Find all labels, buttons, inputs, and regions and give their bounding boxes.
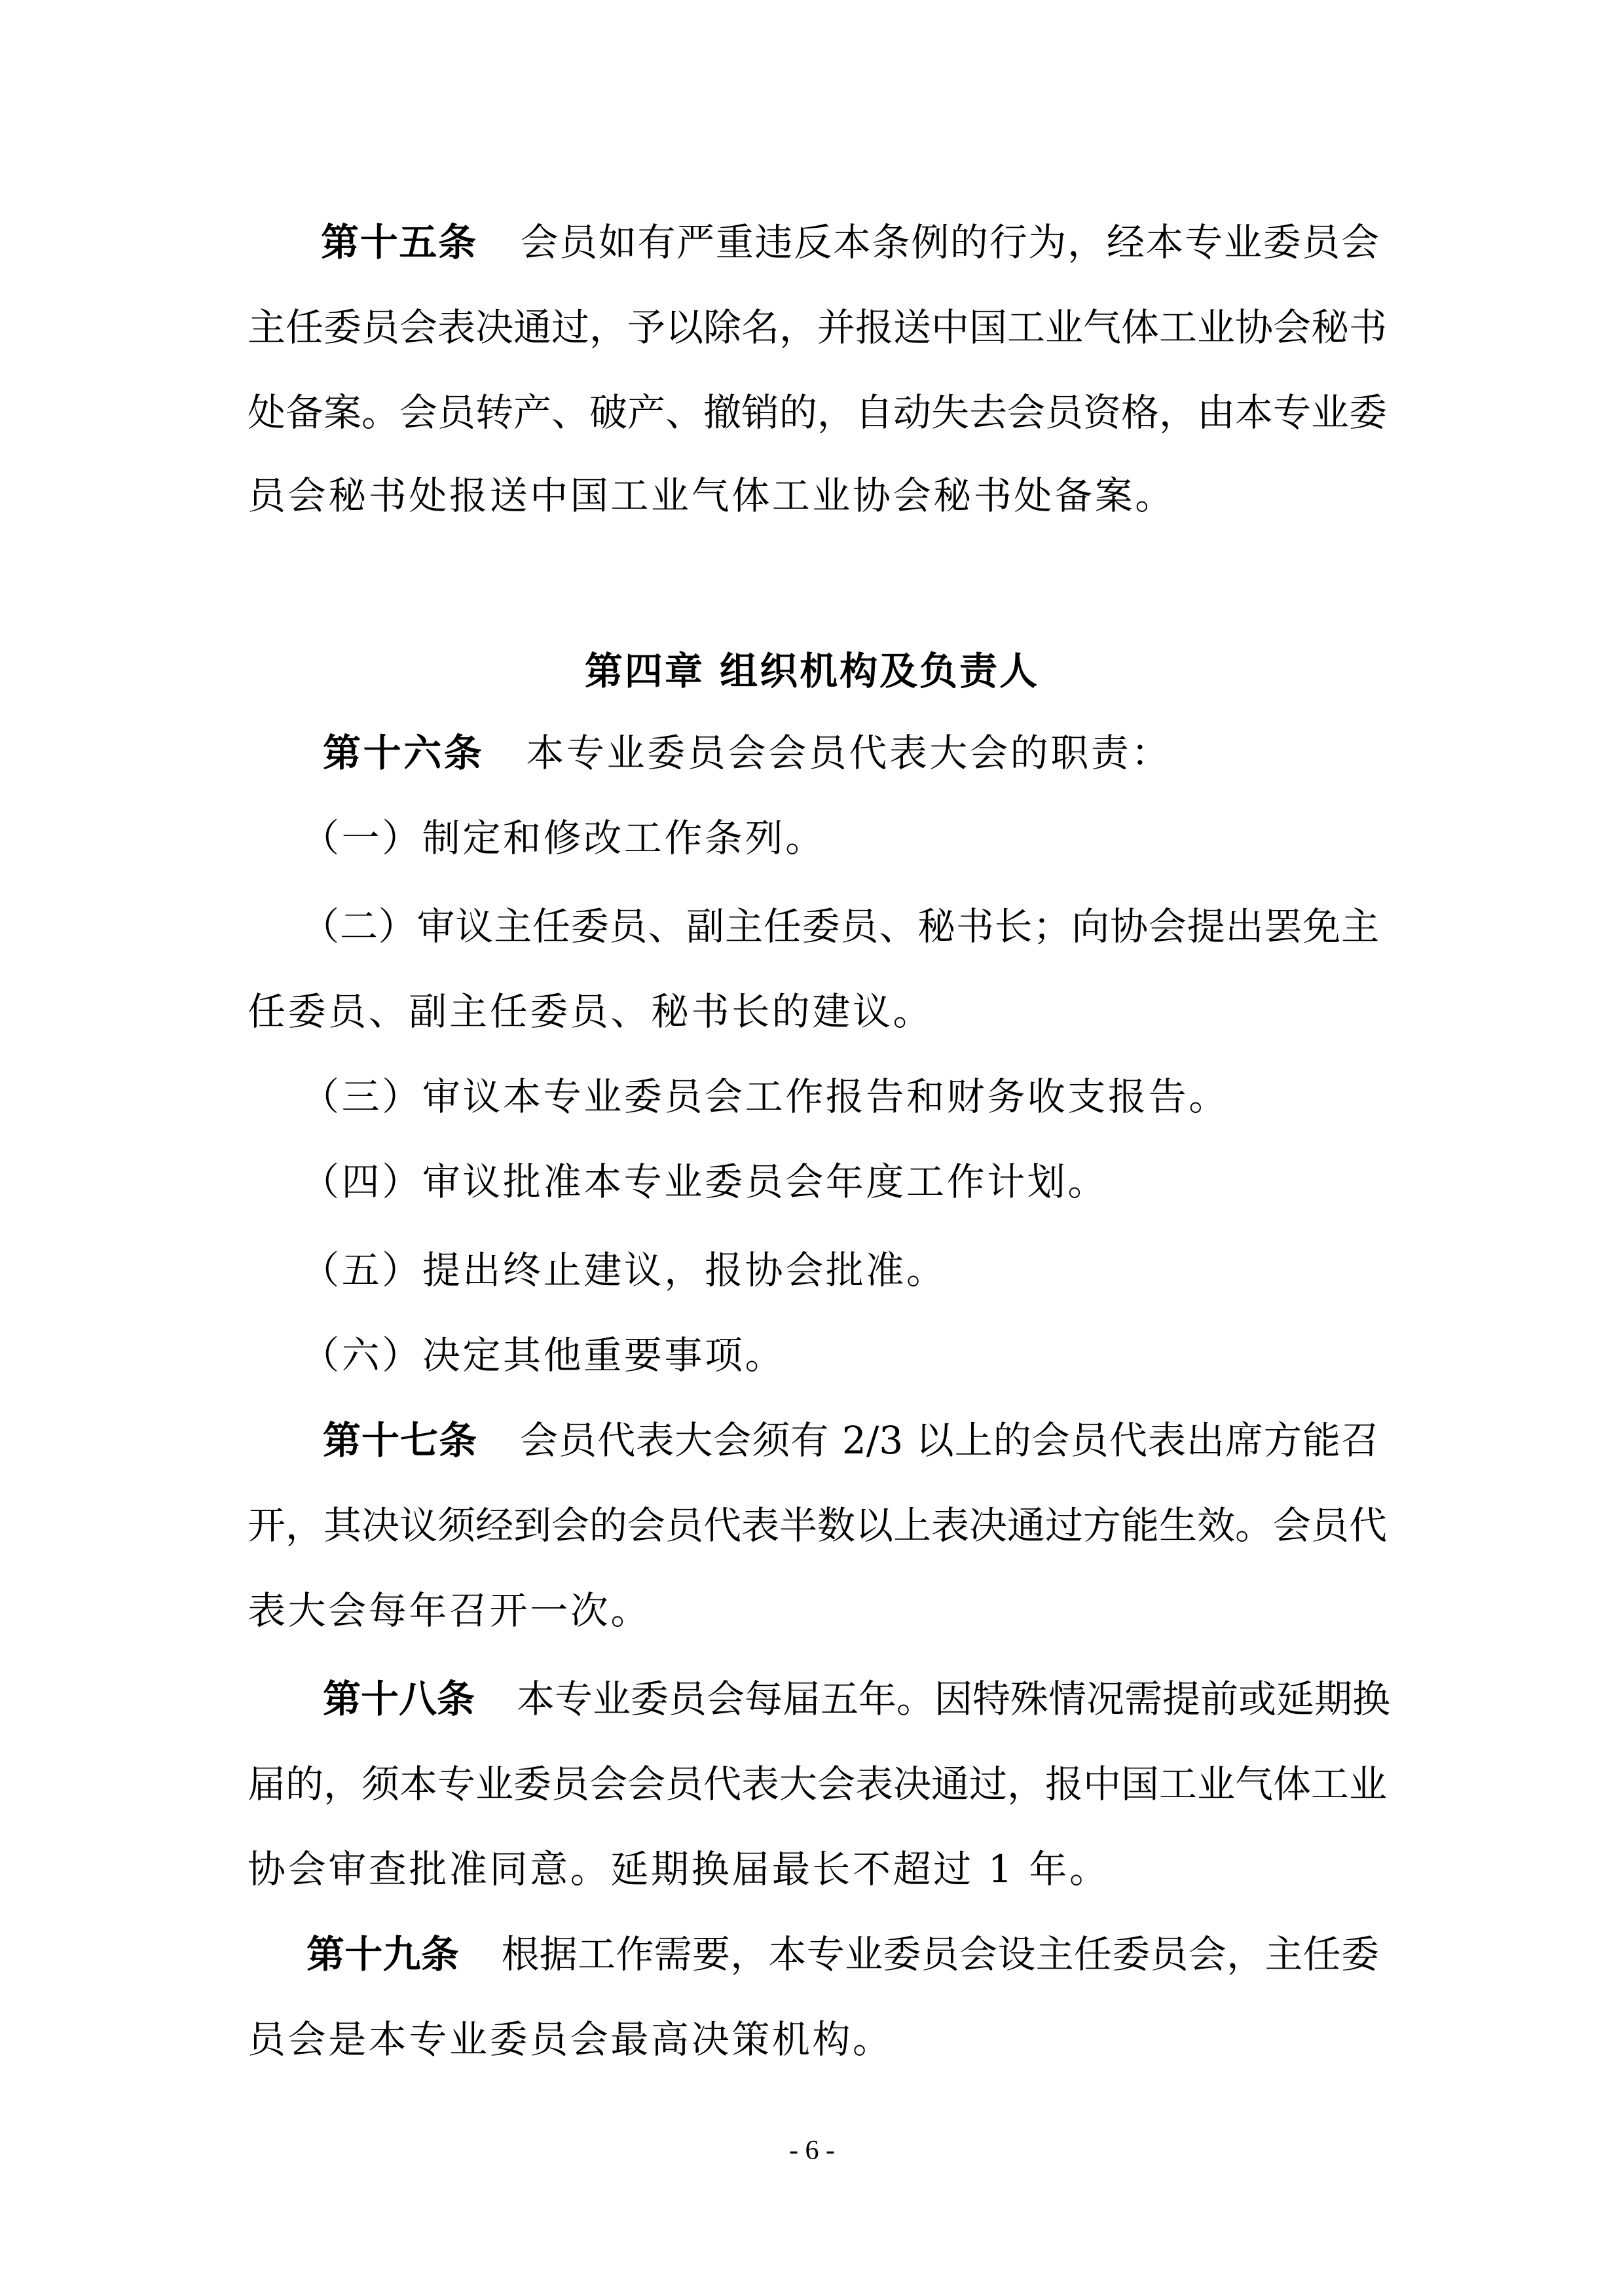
article-19-text: 根据工作需要，本专业委员会设主任委员会，主任委 (501, 1932, 1379, 1977)
article-16-item-2-cont: 任委员、副主任委员、秘书长的建议。 (248, 969, 1379, 1054)
article-17-line-1: 第十七条会员代表大会须有 2/3 以上的会员代表出席方能召 (323, 1398, 1379, 1483)
article-18-text: 本专业委员会每届五年。因特殊情况需提前或延期换 (517, 1677, 1390, 1721)
article-15-label: 第十五条 (321, 220, 477, 264)
article-17-line-3: 表大会每年召开一次。 (248, 1568, 1379, 1653)
article-16-item-1: （一）制定和修改工作条列。 (301, 795, 1433, 881)
article-15-line-3: 处备案。会员转产、破产、撤销的，自动失去会员资格，由本专业委 (248, 370, 1379, 455)
article-16-intro: 本专业委员会会员代表大会的职责： (526, 731, 1172, 775)
article-16-item-4: （四）审议批准本专业委员会年度工作计划。 (301, 1139, 1433, 1224)
article-16-line-1: 第十六条本专业委员会会员代表大会的职责： (323, 710, 1379, 795)
article-18-line-1: 第十八条本专业委员会每届五年。因特殊情况需提前或延期换 (323, 1656, 1379, 1741)
article-19-line-2: 员会是本专业委员会最高决策机构。 (248, 1997, 1379, 2082)
article-17-line-2: 开，其决议须经到会的会员代表半数以上表决通过方能生效。会员代 (248, 1483, 1379, 1568)
article-17-label: 第十七条 (323, 1418, 477, 1463)
article-18-line-3: 协会审查批准同意。延期换届最长不超过 1 年。 (248, 1827, 1379, 1912)
article-15-line-4: 员会秘书处报送中国工业气体工业协会秘书处备案。 (248, 453, 1379, 538)
article-18-label: 第十八条 (323, 1677, 475, 1721)
article-16-item-3: （三）审议本专业委员会工作报告和财务收支报告。 (301, 1054, 1433, 1139)
article-16-item-6: （六）决定其他重要事项。 (301, 1313, 1433, 1398)
article-19-line-1: 第十九条根据工作需要，本专业委员会设主任委员会，主任委 (306, 1912, 1379, 1997)
article-16-label: 第十六条 (323, 731, 484, 775)
article-16-item-2: （二）审议主任委员、副主任委员、秘书长；向协会提出罢免主 (301, 884, 1379, 969)
article-15-text: 会员如有严重违反本条例的行为，经本专业委员会 (519, 220, 1379, 264)
document-page: 第十五条会员如有严重违反本条例的行为，经本专业委员会 主任委员会表决通过，予以除… (0, 0, 1624, 2296)
article-19-label: 第十九条 (306, 1932, 459, 1977)
article-16-item-5: （五）提出终止建议，报协会批准。 (301, 1228, 1433, 1313)
article-15-line-2: 主任委员会表决通过，予以除名，并报送中国工业气体工业协会秘书 (248, 285, 1379, 370)
article-18-line-2: 届的，须本专业委员会会员代表大会表决通过，报中国工业气体工业 (248, 1741, 1379, 1827)
page-number: - 6 - (0, 2131, 1624, 2170)
chapter-heading: 第四章 组织机构及负责人 (0, 629, 1624, 714)
article-15-line-1: 第十五条会员如有严重违反本条例的行为，经本专业委员会 (321, 200, 1379, 285)
article-17-text: 会员代表大会须有 2/3 以上的会员代表出席方能召 (519, 1418, 1379, 1463)
